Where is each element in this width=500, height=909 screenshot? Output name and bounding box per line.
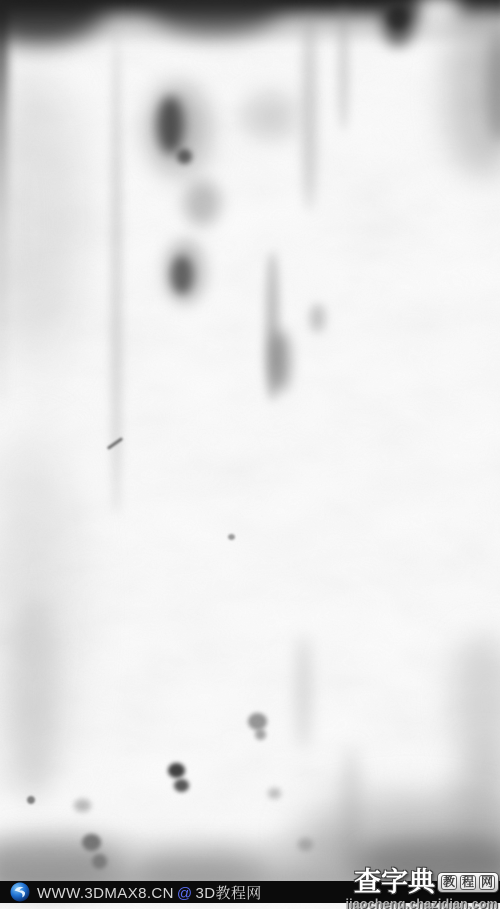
texture-blob xyxy=(177,149,192,164)
texture-blob xyxy=(268,788,281,799)
chazidian-url-text: jiaocheng.chazidian.com xyxy=(345,897,498,909)
texture-blob xyxy=(310,304,325,332)
texture-blob xyxy=(168,763,185,778)
texture-blob xyxy=(0,70,85,370)
texture-blob xyxy=(184,180,220,226)
texture-blob xyxy=(243,92,299,140)
chazidian-logo-row: 查字典 教 程 网 xyxy=(345,869,498,896)
badge-char: 教 xyxy=(441,875,457,890)
texture-blob xyxy=(12,590,57,800)
texture-blob xyxy=(174,779,189,792)
3dmax8-logo-icon xyxy=(10,882,30,902)
texture-blob xyxy=(296,635,311,750)
texture-blob xyxy=(228,534,235,540)
site-name-text: 3D教程网 xyxy=(196,885,262,902)
badge-char: 网 xyxy=(479,875,495,890)
texture-blob xyxy=(248,713,267,730)
watermark-bar-text: WWW.3DMAX8.CN@3D教程网 xyxy=(37,882,262,903)
texture-blob xyxy=(255,729,266,740)
chazidian-watermark: 查字典 教 程 网 jiaocheng.chazidian.com xyxy=(345,869,498,909)
site-url-text: WWW.3DMAX8.CN xyxy=(37,885,174,902)
texture-image: WWW.3DMAX8.CN@3D教程网 查字典 教 程 网 jiaocheng.… xyxy=(0,0,500,909)
texture-blob xyxy=(338,2,349,132)
badge-char: 程 xyxy=(460,875,476,890)
grunge-texture xyxy=(0,0,500,909)
texture-blob xyxy=(303,12,316,212)
at-separator: @ xyxy=(174,885,196,902)
texture-blob xyxy=(157,96,184,154)
texture-blob xyxy=(388,6,408,30)
texture-blob xyxy=(27,796,35,804)
chazidian-badge: 教 程 网 xyxy=(438,873,498,892)
texture-blob xyxy=(171,256,193,294)
texture-blob xyxy=(74,799,91,812)
chazidian-brand-text: 查字典 xyxy=(354,869,435,896)
texture-blob xyxy=(270,330,290,392)
